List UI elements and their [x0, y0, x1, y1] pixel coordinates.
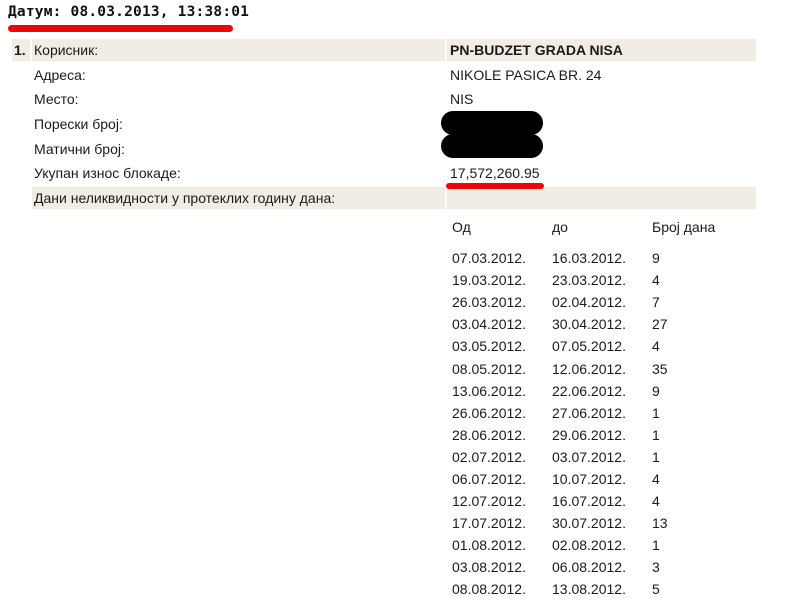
period-days: 9 — [652, 380, 715, 402]
period-days: 9 — [652, 247, 715, 269]
tax-id-label: Порески број: — [32, 113, 445, 135]
table-row: 06.07.2012.10.07.2012.4 — [452, 468, 715, 490]
table-row: 08.08.2012.13.08.2012.5 — [452, 578, 715, 600]
user-label: Корисник: — [32, 39, 445, 61]
period-days: 1 — [652, 446, 715, 468]
total-blocked-value: 17,572,260.95 — [447, 162, 756, 184]
table-row: 03.08.2012.06.08.2012.3 — [452, 556, 715, 578]
period-to: 12.06.2012. — [552, 357, 652, 379]
period-to: 30.04.2012. — [552, 313, 652, 335]
period-days: 1 — [652, 402, 715, 424]
period-from: 17.07.2012. — [452, 512, 552, 534]
period-days: 1 — [652, 424, 715, 446]
table-row: 07.03.2012.16.03.2012.9 — [452, 247, 715, 269]
period-to: 07.05.2012. — [552, 335, 652, 357]
place-value: NIS — [447, 88, 756, 110]
period-from: 12.07.2012. — [452, 490, 552, 512]
info-row-total-blocked: Укупан износ блокаде: 17,572,260.95 — [12, 162, 756, 187]
period-from: 13.06.2012. — [452, 380, 552, 402]
period-from: 26.06.2012. — [452, 402, 552, 424]
period-from: 28.06.2012. — [452, 424, 552, 446]
period-days: 4 — [652, 468, 715, 490]
period-days: 13 — [652, 512, 715, 534]
table-row: 03.05.2012.07.05.2012.4 — [452, 335, 715, 357]
period-to: 13.08.2012. — [552, 578, 652, 600]
period-days: 4 — [652, 335, 715, 357]
column-header-from: Од — [452, 217, 552, 247]
info-row-illiquidity: Дани неликвидности у протеклих годину да… — [12, 187, 756, 212]
address-label: Адреса: — [32, 64, 445, 86]
period-from: 08.05.2012. — [452, 357, 552, 379]
period-days: 35 — [652, 357, 715, 379]
table-row: 13.06.2012.22.06.2012.9 — [452, 380, 715, 402]
redaction-mark-tax-id — [441, 111, 543, 135]
column-header-days: Број дана — [652, 217, 715, 247]
table-row: 12.07.2012.16.07.2012.4 — [452, 490, 715, 512]
info-row-place: Место: NIS — [12, 88, 756, 113]
table-row: 26.03.2012.02.04.2012.7 — [452, 291, 715, 313]
period-to: 22.06.2012. — [552, 380, 652, 402]
place-label: Место: — [32, 88, 445, 110]
period-to: 03.07.2012. — [552, 446, 652, 468]
period-to: 23.03.2012. — [552, 269, 652, 291]
period-to: 06.08.2012. — [552, 556, 652, 578]
amount-highlight-underline — [446, 183, 544, 189]
table-row: 02.07.2012.03.07.2012.1 — [452, 446, 715, 468]
info-row-reg-number: Матични број: — [12, 138, 756, 163]
date-highlight-underline — [8, 25, 233, 32]
illiquidity-periods-table: Од до Број дана 07.03.2012.16.03.2012.91… — [452, 217, 715, 600]
period-from: 26.03.2012. — [452, 291, 552, 313]
period-from: 07.03.2012. — [452, 247, 552, 269]
table-row: 17.07.2012.30.07.2012.13 — [452, 512, 715, 534]
period-from: 02.07.2012. — [452, 446, 552, 468]
table-row: 08.05.2012.12.06.2012.35 — [452, 357, 715, 379]
period-from: 06.07.2012. — [452, 468, 552, 490]
period-to: 10.07.2012. — [552, 468, 652, 490]
report-date: Датум: 08.03.2013, 13:38:01 — [8, 4, 249, 20]
period-days: 5 — [652, 578, 715, 600]
info-row-tax-id: Порески број: — [12, 113, 756, 138]
illiquidity-label: Дани неликвидности у протеклих годину да… — [32, 187, 445, 209]
reg-number-label: Матични број: — [32, 138, 445, 160]
period-days: 4 — [652, 490, 715, 512]
period-to: 02.04.2012. — [552, 291, 652, 313]
user-value: PN-BUDZET GRADA NISA — [447, 39, 756, 61]
period-to: 30.07.2012. — [552, 512, 652, 534]
total-blocked-label: Укупан износ блокаде: — [32, 162, 445, 184]
period-from: 01.08.2012. — [452, 534, 552, 556]
period-from: 03.05.2012. — [452, 335, 552, 357]
period-to: 02.08.2012. — [552, 534, 652, 556]
periods-header-row: Од до Број дана — [452, 217, 715, 247]
table-row: 28.06.2012.29.06.2012.1 — [452, 424, 715, 446]
period-days: 1 — [652, 534, 715, 556]
period-days: 7 — [652, 291, 715, 313]
period-to: 27.06.2012. — [552, 402, 652, 424]
period-from: 19.03.2012. — [452, 269, 552, 291]
record-number: 1. — [12, 39, 30, 61]
table-row: 03.04.2012.30.04.2012.27 — [452, 313, 715, 335]
period-from: 03.08.2012. — [452, 556, 552, 578]
account-info-table: 1. Корисник: PN-BUDZET GRADA NISA Адреса… — [12, 39, 756, 212]
period-to: 16.07.2012. — [552, 490, 652, 512]
table-row: 01.08.2012.02.08.2012.1 — [452, 534, 715, 556]
period-to: 16.03.2012. — [552, 247, 652, 269]
info-row-address: Адреса: NIKOLE PASICA BR. 24 — [12, 64, 756, 89]
table-row: 19.03.2012.23.03.2012.4 — [452, 269, 715, 291]
address-value: NIKOLE PASICA BR. 24 — [447, 64, 756, 86]
info-row-user: 1. Корисник: PN-BUDZET GRADA NISA — [12, 39, 756, 64]
period-days: 27 — [652, 313, 715, 335]
redaction-mark-reg-number — [441, 134, 543, 158]
table-row: 26.06.2012.27.06.2012.1 — [452, 402, 715, 424]
period-days: 3 — [652, 556, 715, 578]
period-from: 08.08.2012. — [452, 578, 552, 600]
period-to: 29.06.2012. — [552, 424, 652, 446]
column-header-to: до — [552, 217, 652, 247]
period-days: 4 — [652, 269, 715, 291]
period-from: 03.04.2012. — [452, 313, 552, 335]
